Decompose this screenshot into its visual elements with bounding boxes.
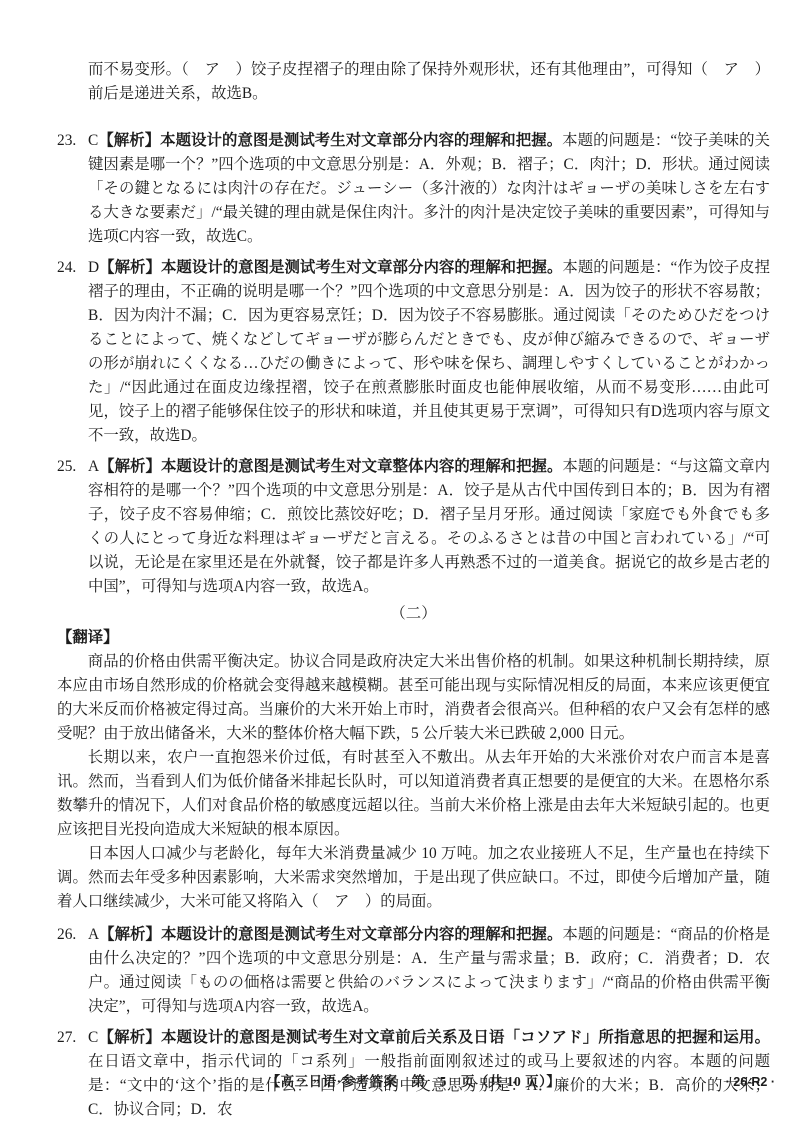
question-number: 26. [57, 923, 88, 1019]
analysis-text: 本题的问题是：“作为饺子皮捏褶子的理由，不正确的说明是哪一个？”四个选项的中文意… [88, 259, 770, 444]
page-content: 而不易变形。（ ア ）饺子皮捏褶子的理由除了保持外观形状，还有其他理由”，可得知… [57, 58, 770, 1122]
translation-paragraph-3: 日本因人口减少与老龄化，每年大米消费量减少 10 万吨。加之农业接班人不足，生产… [57, 842, 770, 914]
question-body: C【解析】本题设计的意图是测试考生对文章部分内容的理解和把握。本题的问题是：“饺… [88, 129, 770, 249]
question-body: A【解析】本题设计的意图是测试考生对文章整体内容的理解和把握。本题的问题是：“与… [88, 455, 770, 599]
question-item-23: 23. C【解析】本题设计的意图是测试考生对文章部分内容的理解和把握。本题的问题… [57, 129, 770, 249]
question-number: 25. [57, 455, 88, 599]
analysis-text: 本题的问题是：“与这篇文章内容相符的是哪一个？”四个选项的中文意思分别是：A．饺… [88, 458, 770, 595]
question-item-24: 24. D【解析】本题设计的意图是测试考生对文章部分内容的理解和把握。本题的问题… [57, 256, 770, 448]
footer-page-info: 【高三日语·参考答案 第 5 页（共 10 页）】 [57, 1072, 770, 1092]
answer-letter: D [88, 259, 99, 276]
section-heading: （二） [57, 602, 770, 626]
question-number: 23. [57, 129, 88, 249]
answer-letter: A [88, 458, 99, 475]
carryover-paragraph: 而不易变形。（ ア ）饺子皮捏褶子的理由除了保持外观形状，还有其他理由”，可得知… [88, 58, 770, 106]
question-item-25: 25. A【解析】本题设计的意图是测试考生对文章整体内容的理解和把握。本题的问题… [57, 455, 770, 599]
question-body: D【解析】本题设计的意图是测试考生对文章部分内容的理解和把握。本题的问题是：“作… [88, 256, 770, 448]
question-number: 24. [57, 256, 88, 448]
answer-letter: A [88, 926, 99, 943]
document-page: 而不易变形。（ ア ）饺子皮捏褶子的理由除了保持外观形状，还有其他理由”，可得知… [0, 0, 800, 1131]
answer-letter: C [88, 1029, 98, 1046]
translation-paragraph-1: 商品的价格由供需平衡决定。协议合同是政府决定大米出售价格的机制。如果这种机制长期… [57, 650, 770, 746]
analysis-intro: 【解析】本题设计的意图是测试考生对文章部分内容的理解和把握。 [99, 926, 562, 943]
analysis-intro: 【解析】本题设计的意图是测试考生对文章部分内容的理解和把握。 [98, 132, 562, 149]
analysis-intro: 【解析】本题设计的意图是测试考生对文章整体内容的理解和把握。 [99, 458, 562, 475]
question-body: A【解析】本题设计的意图是测试考生对文章部分内容的理解和把握。本题的问题是：“商… [88, 923, 770, 1019]
page-footer: 【高三日语·参考答案 第 5 页（共 10 页）】 · 26-R2 · [57, 1072, 770, 1092]
analysis-intro: 【解析】本题设计的意图是测试考生对文章部分内容的理解和把握。 [99, 259, 562, 276]
footer-code: · 26-R2 · [726, 1072, 775, 1092]
translation-label: 【翻译】 [57, 626, 770, 650]
analysis-intro: 【解析】本题设计的意图是测试考生对文章前后关系及日语「コソアド」所指意思的把握和… [98, 1029, 770, 1046]
answer-letter: C [88, 132, 98, 149]
translation-paragraph-2: 长期以来，农户一直抱怨米价过低，有时甚至入不敷出。从去年开始的大米涨价对农户而言… [57, 746, 770, 842]
question-item-26: 26. A【解析】本题设计的意图是测试考生对文章部分内容的理解和把握。本题的问题… [57, 923, 770, 1019]
